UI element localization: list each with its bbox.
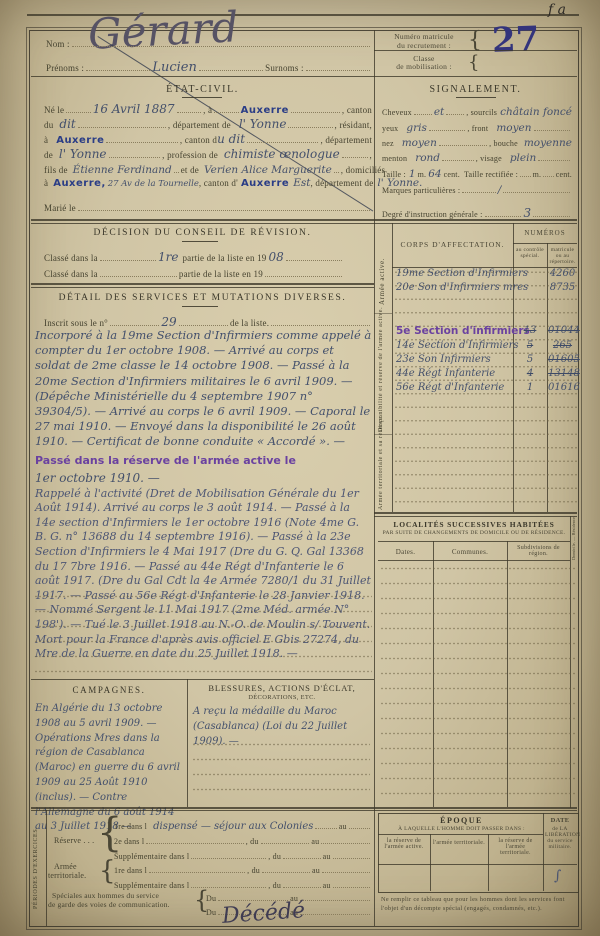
- empty-dotted-lines: [192, 740, 370, 802]
- corps-name: 56e Régt d'Infanterie: [396, 382, 512, 393]
- dotted-leader: [300, 904, 370, 915]
- matricule-number: 27: [491, 19, 540, 61]
- dotted-leader: [538, 150, 570, 161]
- title-underline: [182, 97, 222, 98]
- matricule-number: 265: [548, 340, 577, 351]
- localites-header-top-line: [378, 541, 570, 542]
- brace-glyph: {: [468, 52, 479, 73]
- dotted-leader: [342, 147, 368, 158]
- dotted-leader: [333, 877, 370, 888]
- dotted-leader: [199, 60, 263, 71]
- du-label: , du: [268, 881, 281, 890]
- reserve-stamp-date: 1er octobre 1910. —: [35, 471, 160, 485]
- table-row: 5e Section d'infirmiers 13 01044: [0, 325, 600, 339]
- table-row: 19me Section d'Infirmiers 4260: [0, 268, 600, 282]
- cent-label: cent.: [444, 170, 460, 179]
- signalement-line-2: yeux gris , front moyen: [382, 120, 572, 134]
- dotted-leader: [106, 132, 177, 143]
- dotted-leader: [109, 147, 161, 158]
- controle-number: 4: [514, 368, 546, 379]
- periodes-row-1: 1re dans l dispensé — séjour aux Colonie…: [114, 818, 372, 832]
- dotted-leader: [214, 102, 239, 113]
- table-row: 44e Régt Infanterie 4 13148: [0, 368, 600, 382]
- section-divider: [374, 512, 577, 514]
- dotted-leader: [291, 102, 340, 113]
- signalement-line-1: Cheveux et , sourcils châtain foncé: [382, 104, 572, 118]
- header-bottom-line: [31, 76, 577, 77]
- profession-value: chimiste œnologue: [224, 147, 340, 161]
- front-label: , front: [467, 124, 488, 133]
- periodes-row-4: 1re dans l , du au: [114, 862, 372, 875]
- a-label: à: [44, 178, 48, 188]
- signalement-line-6: Marques particulières : ∕: [382, 182, 572, 196]
- partie-liste-label: partie de la liste en 19: [182, 253, 266, 263]
- departement-de-label: , département de: [168, 120, 231, 130]
- matricule-number: 01616: [548, 382, 577, 393]
- reserve-stamp: Passé dans la réserve de l'armée active …: [35, 454, 296, 467]
- corps-name: 19me Section d'Infirmiers: [396, 268, 512, 279]
- title-underline: [456, 97, 496, 98]
- controle-number: 13: [514, 325, 546, 336]
- epoque-col2-header: l'armée territoriale.: [432, 840, 486, 846]
- dotted-leader: [86, 60, 150, 71]
- canton-du-value: dit: [59, 117, 75, 131]
- epoque-note: Ne remplir ce tableau que pour les homme…: [381, 896, 575, 913]
- section-divider: [31, 223, 577, 224]
- dotted-leader: [485, 206, 522, 217]
- title-underline: [182, 241, 218, 242]
- campagnes-blessures-divider: [187, 679, 188, 807]
- periode-label: Supplémentaire dans l: [114, 852, 189, 861]
- au-label: au: [339, 822, 347, 831]
- signalement-title: SIGNALEMENT.: [374, 84, 577, 95]
- corps-name-stamp: 5e Section d'infirmiers: [396, 325, 512, 337]
- domicile-address-value: 27 Av de la Tournelle: [108, 179, 199, 189]
- controle-number: 1: [514, 382, 546, 393]
- dotted-leader: [533, 206, 570, 217]
- dotted-leader: [300, 890, 370, 901]
- periodes-side-label: PÉRIODES D'EXERCICES.: [33, 816, 39, 920]
- menton-value: rond: [415, 152, 440, 164]
- canton-stamp: Auxerre: [241, 178, 289, 189]
- nom-label: Nom :: [46, 39, 70, 49]
- dotted-leader: [503, 182, 570, 193]
- dotted-leader: [288, 117, 332, 128]
- ne-le-label: Né le: [44, 105, 64, 115]
- marques-label: Marques particulières :: [382, 186, 460, 195]
- taille-rectifiee-label: Taille rectifiée :: [464, 170, 518, 179]
- epoque-col3-header: la réserve de l'armée territoriale.: [490, 838, 541, 856]
- dotted-leader: [543, 166, 554, 177]
- m-label: m.: [418, 170, 427, 179]
- corps-name: 44e Régt Infanterie: [396, 368, 512, 379]
- dotted-leader: [72, 36, 370, 47]
- dotted-leader: [261, 833, 310, 844]
- dotted-leader: [429, 120, 466, 131]
- section-divider: [374, 516, 577, 517]
- periode-label: Supplémentaire dans l: [114, 881, 189, 890]
- dotted-leader: [442, 150, 474, 161]
- etat-civil-line-6: à Auxerre, 27 Av de la Tournelle , canto…: [44, 177, 372, 189]
- periodes-row-5: Supplémentaire dans l , du au: [114, 877, 372, 890]
- periode-label: 1re dans l: [114, 866, 147, 875]
- dotted-leader: [262, 862, 310, 873]
- corps-name: 14e Section d'Infirmiers: [396, 340, 512, 351]
- birth-place-stamp: Auxerre: [241, 105, 289, 116]
- dotted-leader: [283, 877, 320, 888]
- matricule-number: 4260: [548, 268, 577, 279]
- table-row: 14e Section d'Infirmiers 5 265: [0, 340, 600, 354]
- nez-value: moyen: [402, 137, 437, 149]
- du-label: du: [44, 120, 53, 130]
- table-row: 23e Son Infirmiers 5 01605: [0, 354, 600, 368]
- matricule-number: 8735: [548, 282, 577, 293]
- dispense-value: dispensé — séjour aux Colonies: [153, 821, 313, 832]
- speciales-label-2: de garde des voies de communication.: [48, 900, 170, 909]
- classe-label-2: de mobilisation :: [378, 62, 470, 71]
- canton-est-value: Est: [293, 177, 310, 189]
- birth-date-value: 16 Avril 1887: [93, 102, 175, 116]
- taille-m-value: 1: [409, 168, 416, 180]
- front-value: moyen: [496, 122, 531, 134]
- departement2-value: l' Yonne: [59, 147, 107, 161]
- dotted-leader: [146, 833, 244, 844]
- domicile-stamp: Auxerre,: [53, 178, 106, 189]
- signalement-line-5: Taille : 1 m. 64 cent. Taille rectifiée …: [382, 166, 572, 180]
- empty-dotted-lines: [34, 592, 372, 676]
- canton-value: u dit: [217, 132, 245, 146]
- dotted-leader: [100, 250, 156, 261]
- campagnes-top-line: [31, 679, 374, 680]
- controle-number: 5: [514, 340, 546, 351]
- signalement-line-3: nez moyen , bouche moyenne: [382, 135, 572, 149]
- epoque-table-border: [378, 813, 579, 893]
- blessures-title: BLESSURES, ACTIONS D'ÉCLAT,: [190, 683, 374, 693]
- table-row: 20e Son d'Infirmiers mres 8735: [0, 282, 600, 296]
- cent2-label: cent.: [556, 170, 572, 179]
- section-divider: [31, 219, 577, 221]
- dotted-leader: [315, 818, 336, 829]
- localites-header-bottom-line: [378, 560, 570, 561]
- dotted-leader: [321, 833, 370, 844]
- table-row: 56e Régt d'Infanterie 1 01616: [0, 382, 600, 396]
- dotted-leader: [446, 104, 464, 115]
- etat-civil-line-4: de l' Yonne , profession de chimiste œno…: [44, 147, 372, 161]
- canton-d-label: , canton d: [180, 135, 217, 145]
- corps-title: CORPS D'AFFECTATION.: [394, 240, 511, 249]
- dotted-leader: [78, 200, 370, 211]
- annee-value: 08: [269, 250, 284, 264]
- dotted-leader: [333, 848, 370, 859]
- canton-label: , canton: [342, 105, 372, 115]
- au-label: au: [311, 837, 319, 846]
- campagnes-title: CAMPAGNES.: [31, 685, 187, 695]
- cheveux-value: et: [434, 106, 444, 118]
- controle-col-header: au contrôle spécial.: [514, 247, 546, 259]
- departement-label: , département: [320, 135, 372, 145]
- marie-row: Marié le: [44, 200, 372, 213]
- pen-mark: ∫: [554, 868, 561, 884]
- dotted-leader: [286, 250, 342, 261]
- epoque-col-line: [488, 834, 489, 891]
- matricule-number: 13148: [548, 368, 577, 379]
- mother-name-value: Verien Alice Marguerite: [204, 164, 332, 176]
- reserve-stamp-line: Passé dans la réserve de l'armée active …: [35, 451, 372, 487]
- dotted-leader: [66, 102, 91, 113]
- prenoms-value: Lucien: [152, 60, 197, 75]
- domicilies-label: , domiciliés: [341, 165, 385, 175]
- dotted-leader: [283, 848, 320, 859]
- de-label: de: [44, 150, 53, 160]
- localites-subtitle: PAR SUITE DE CHANGEMENTS DE DOMICILE OU …: [378, 530, 570, 536]
- dotted-leader: [322, 862, 370, 873]
- dotted-leader: [334, 162, 339, 173]
- dotted-leader: [349, 818, 370, 829]
- departement-de2-label: , département de: [310, 178, 373, 188]
- etat-civil-line-1: Né le 16 Avril 1887 , à Auxerre , canton: [44, 102, 372, 116]
- matricule-number: 01605: [548, 354, 577, 365]
- m2-label: m.: [533, 170, 542, 179]
- dotted-leader: [520, 166, 531, 177]
- epoque-col-line: [430, 834, 431, 891]
- du-label: , du: [247, 866, 260, 875]
- du-label: , du: [268, 852, 281, 861]
- matricule-label-2: du recrutement :: [378, 41, 470, 50]
- comma-label: ,: [370, 150, 372, 160]
- epoque-header-bottom-line: [378, 864, 577, 865]
- date-liberation-title: DATE: [545, 817, 575, 824]
- marie-label: Marié le: [44, 203, 76, 213]
- territoriale-label-2: territoriale.: [48, 871, 86, 880]
- communes-col-header: Communes.: [435, 548, 505, 556]
- bouche-value: moyenne: [524, 137, 572, 149]
- controle-number: 5: [514, 354, 546, 365]
- signalement-line-7: Degré d'instruction générale : 3: [382, 206, 572, 220]
- a-label: à: [44, 135, 48, 145]
- matricule-number: 01044: [548, 325, 577, 336]
- dates-col-header: Dates.: [380, 548, 431, 556]
- menton-label: menton: [382, 154, 407, 163]
- name-script: Gérard: [87, 2, 240, 59]
- matricule-classe-divider: [374, 50, 577, 51]
- decision-line-1: Classé dans la 1re partie de la liste en…: [44, 250, 344, 264]
- military-record-sheet: f a Gérard Nom : Prénoms : Lucien Surnom…: [0, 0, 600, 936]
- periode-label: 2e dans l: [114, 837, 144, 846]
- territoriale-label-1: Armée: [54, 862, 77, 871]
- au-label: au: [312, 866, 320, 875]
- reserve-label: Réserve . . .: [54, 836, 94, 845]
- corps-name: 23e Son Infirmiers: [396, 354, 512, 365]
- sourcils-label: , sourcils: [466, 108, 497, 117]
- date-liberation-subtitle: de LA LIBÉRATION du service militaire.: [545, 826, 575, 850]
- profession-label: , profession de: [162, 150, 218, 160]
- dotted-leader: [306, 60, 370, 71]
- classe-dans-la-label: Classé dans la: [44, 253, 98, 263]
- du-label: Du: [206, 894, 216, 903]
- dotted-leader: [177, 102, 202, 113]
- taille-label: Taille :: [382, 170, 406, 179]
- title-underline: [182, 306, 218, 307]
- nez-label: nez: [382, 139, 394, 148]
- degre-instruction-value: 3: [523, 206, 531, 220]
- surnoms-label: Surnoms :: [265, 63, 304, 73]
- numeros-underline: [513, 243, 577, 244]
- epoque-title: ÉPOQUE: [380, 816, 543, 825]
- a-label: , à: [203, 105, 212, 115]
- bouche-label: , bouche: [489, 139, 518, 148]
- dotted-leader: [149, 862, 245, 873]
- epoque-col1-header: la réserve de l'armée active.: [380, 838, 428, 850]
- cheveux-label: Cheveux: [382, 108, 412, 117]
- dotted-leader: [414, 104, 432, 115]
- taille-cm-value: 64: [428, 168, 441, 180]
- localites-dr-header: Domicile. — Résidence.: [571, 518, 576, 560]
- dotted-leader: [174, 162, 179, 173]
- decision-title: DÉCISION DU CONSEIL DE RÉVISION.: [31, 228, 374, 238]
- marques-value: ∕: [498, 184, 502, 196]
- dotted-leader: [247, 132, 318, 143]
- father-name-value: Étienne Ferdinand: [73, 164, 172, 176]
- localites-title: LOCALITÉS SUCCESSIVES HABITÉES: [378, 520, 570, 529]
- sourcils-value: châtain foncé: [500, 106, 572, 118]
- dotted-leader: [462, 182, 495, 193]
- prenoms-label: Prénoms :: [46, 63, 84, 73]
- matricule-label-1: Numéro matricule: [378, 32, 470, 41]
- dotted-leader: [191, 848, 266, 859]
- residant-label: , résidant,: [335, 120, 372, 130]
- partie-value: 1re: [158, 250, 178, 264]
- canton-d2-label: , canton d': [199, 178, 238, 188]
- fils-de-label: fils de: [44, 165, 68, 175]
- visage-value: plein: [510, 152, 536, 164]
- epoque-title-underline: [378, 834, 543, 835]
- corner-note: f a: [548, 2, 566, 18]
- section-divider: [31, 807, 577, 809]
- periodes-strip-line: [46, 810, 47, 926]
- au-label: au: [323, 881, 331, 890]
- departement-value: l' Yonne: [239, 117, 287, 131]
- epoque-date-col-line: [543, 813, 544, 891]
- etat-civil-title: ÉTAT-CIVIL.: [31, 84, 374, 95]
- au-label: au: [323, 852, 331, 861]
- etat-civil-line-2: du dit , département de l' Yonne , résid…: [44, 117, 372, 131]
- nom-row: Nom :: [46, 36, 372, 49]
- localites-empty-rows: [380, 564, 576, 804]
- et-de-label: et de: [181, 165, 199, 175]
- speciales-label-1: Spéciales aux hommes du service: [52, 891, 159, 900]
- side-label-territoriale: Armée territoriale et sa réserve.: [378, 438, 384, 510]
- periodes-row-3: Supplémentaire dans l , du au: [114, 848, 372, 861]
- matricule-col-header: matricule ou au répertoire.: [548, 247, 577, 265]
- signalement-line-4: menton rond , visage plein: [382, 150, 572, 164]
- periodes-row-2: 2e dans l , du au: [114, 833, 372, 846]
- dotted-leader: [78, 117, 166, 128]
- prenoms-row: Prénoms : Lucien Surnoms :: [46, 60, 372, 75]
- epoque-subtitle: À LAQUELLE L'HOMME DOIT PASSER DANS :: [380, 826, 543, 832]
- du-label: , du: [246, 837, 259, 846]
- du-label: Du: [206, 908, 216, 917]
- numeros-header: NUMÉROS: [513, 229, 577, 237]
- periode-label: 1re dans l: [114, 822, 147, 831]
- blessures-subtitle: DÉCORATIONS, ETC.: [190, 694, 374, 701]
- corps-name: 20e Son d'Infirmiers mres: [396, 282, 512, 293]
- etat-civil-line-5: fils de Étienne Ferdinand et de Verien A…: [44, 162, 372, 176]
- yeux-value: gris: [406, 122, 427, 134]
- degre-instruction-label: Degré d'instruction générale :: [382, 210, 483, 219]
- yeux-label: yeux: [382, 124, 398, 133]
- residence-stamp: Auxerre: [56, 135, 104, 146]
- visage-label: , visage: [476, 154, 502, 163]
- dotted-leader: [534, 120, 571, 131]
- subdivisions-col-header: Subdivisions de région.: [509, 545, 568, 557]
- etat-civil-line-3: à Auxerre , canton d u dit , département: [44, 132, 372, 146]
- dotted-leader: [439, 135, 487, 146]
